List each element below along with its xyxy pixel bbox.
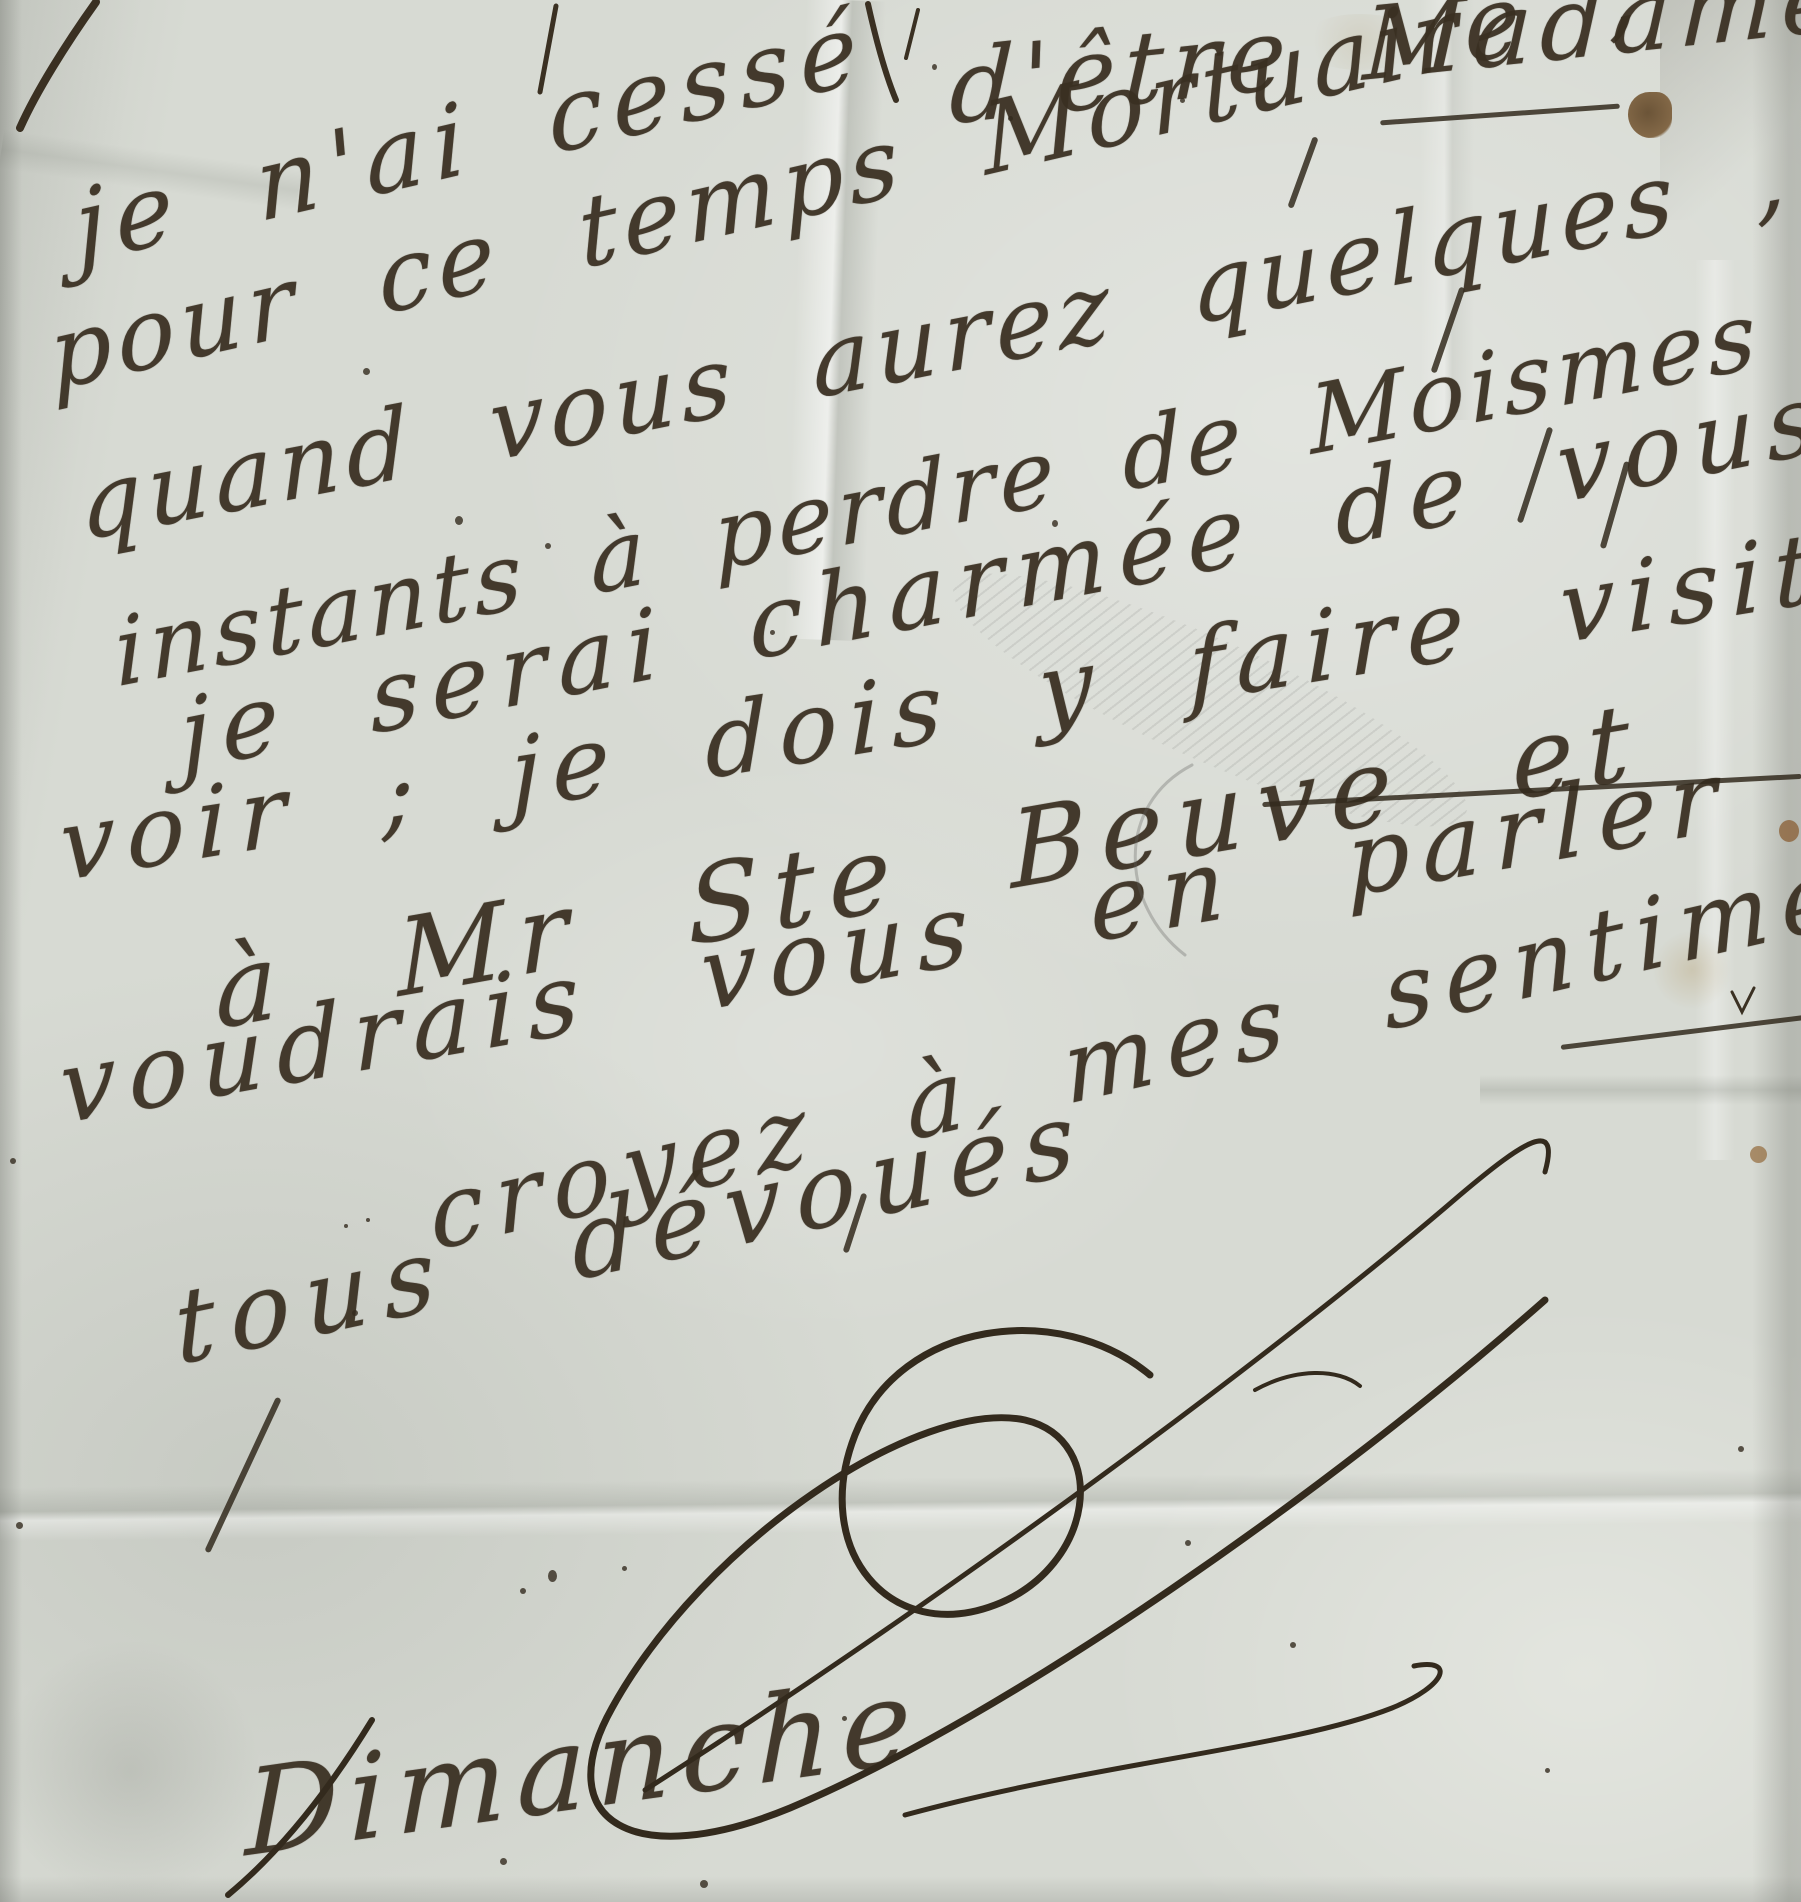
check-mark-stroke — [1732, 988, 1754, 1012]
pen-stroke-fragment — [868, 4, 896, 100]
dateline-flourish — [228, 1720, 372, 1895]
letter-page: d'être Madame je n'ai cessé pour ce temp… — [0, 0, 1801, 1902]
signature-flourish — [591, 1300, 1545, 1836]
pen-stroke-fragment — [540, 6, 556, 92]
signature-flourish — [1255, 1373, 1360, 1390]
pen-stroke-fragment — [906, 10, 918, 58]
smudge-arc — [1135, 765, 1192, 955]
pen-stroke-fragment — [20, 2, 96, 128]
signature-flourish — [645, 1141, 1548, 1790]
pen-fragments-and-signature — [0, 0, 1801, 1902]
dateline-flourish — [905, 1665, 1440, 1815]
